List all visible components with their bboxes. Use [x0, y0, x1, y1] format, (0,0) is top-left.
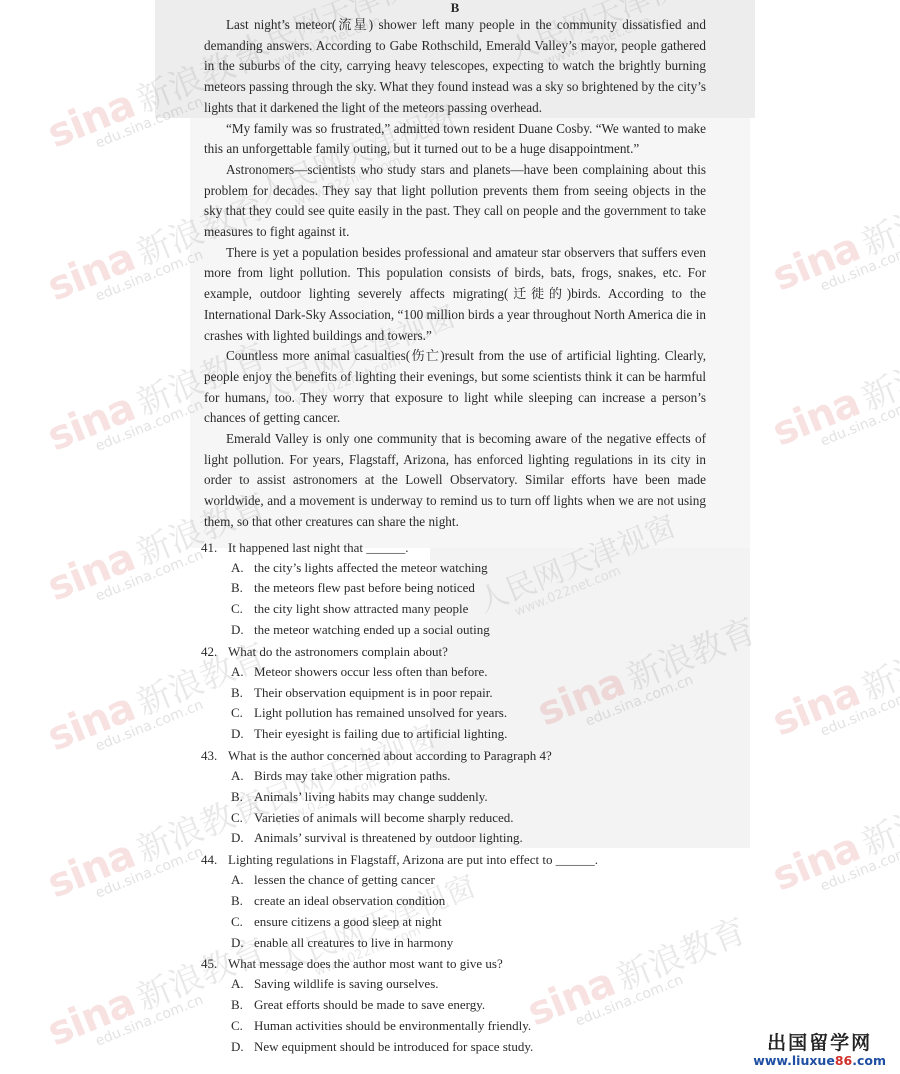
- reading-passage: B Last night’s meteor(流星) shower left ma…: [204, 0, 706, 1058]
- option-c: C.Light pollution has remained unsolved …: [231, 703, 706, 724]
- option-b: B.Great efforts should be made to save e…: [231, 995, 706, 1016]
- paragraph-2: “My family was so frustrated,” admitted …: [204, 119, 706, 160]
- question-number: 41.: [201, 537, 228, 558]
- site-url[interactable]: www.liuxue86.com: [753, 1054, 886, 1068]
- question-number: 43.: [201, 745, 228, 766]
- option-d: D.Their eyesight is failing due to artif…: [231, 724, 706, 745]
- option-d: D.Animals’ survival is threatened by out…: [231, 828, 706, 849]
- question-number: 42.: [201, 641, 228, 662]
- option-d: D.the meteor watching ended up a social …: [231, 620, 706, 641]
- site-name: 出国留学网: [753, 1032, 886, 1054]
- option-c: C.Human activities should be environment…: [231, 1016, 706, 1037]
- section-heading: B: [204, 1, 706, 15]
- question-45: 45.What message does the author most wan…: [204, 953, 706, 1057]
- option-a: A.Birds may take other migration paths.: [231, 766, 706, 787]
- paragraph-4: There is yet a population besides profes…: [204, 243, 706, 347]
- option-a: A.Meteor showers occur less often than b…: [231, 662, 706, 683]
- paragraph-3: Astronomers—scientists who study stars a…: [204, 160, 706, 243]
- question-list: 41.It happened last night that ______. A…: [204, 537, 706, 1058]
- option-b: B.create an ideal observation condition: [231, 891, 706, 912]
- site-logo[interactable]: 出国留学网 www.liuxue86.com: [753, 1032, 886, 1068]
- question-44: 44.Lighting regulations in Flagstaff, Ar…: [204, 849, 706, 953]
- sina-watermark: sina新浪教育 edu.sina.com.cn: [765, 768, 900, 909]
- question-stem: Lighting regulations in Flagstaff, Arizo…: [228, 852, 598, 867]
- question-stem: It happened last night that ______.: [228, 540, 409, 555]
- paragraph-1: Last night’s meteor(流星) shower left many…: [204, 15, 706, 119]
- paragraph-6: Emerald Valley is only one community tha…: [204, 429, 706, 533]
- question-number: 44.: [201, 849, 228, 870]
- question-43: 43.What is the author concerned about ac…: [204, 745, 706, 849]
- question-41: 41.It happened last night that ______. A…: [204, 537, 706, 641]
- option-d: D.enable all creatures to live in harmon…: [231, 933, 706, 954]
- option-c: C.Varieties of animals will become sharp…: [231, 808, 706, 829]
- option-a: A.lessen the chance of getting cancer: [231, 870, 706, 891]
- sina-watermark: sina新浪教育 edu.sina.com.cn: [765, 323, 900, 464]
- sina-watermark: sina新浪教育 edu.sina.com.cn: [765, 168, 900, 309]
- option-b: B.Their observation equipment is in poor…: [231, 683, 706, 704]
- question-stem: What message does the author most want t…: [228, 956, 503, 971]
- option-c: C.ensure citizens a good sleep at night: [231, 912, 706, 933]
- question-number: 45.: [201, 953, 228, 974]
- option-a: A.the city’s lights affected the meteor …: [231, 558, 706, 579]
- option-b: B.the meteors flew past before being not…: [231, 578, 706, 599]
- option-b: B.Animals’ living habits may change sudd…: [231, 787, 706, 808]
- question-stem: What do the astronomers complain about?: [228, 644, 448, 659]
- question-42: 42.What do the astronomers complain abou…: [204, 641, 706, 745]
- option-d: D.New equipment should be introduced for…: [231, 1037, 706, 1058]
- option-c: C.the city light show attracted many peo…: [231, 599, 706, 620]
- sina-watermark: sina新浪教育 edu.sina.com.cn: [765, 613, 900, 754]
- option-a: A.Saving wildlife is saving ourselves.: [231, 974, 706, 995]
- paragraph-5: Countless more animal casualties(伤亡)resu…: [204, 346, 706, 429]
- question-stem: What is the author concerned about accor…: [228, 748, 552, 763]
